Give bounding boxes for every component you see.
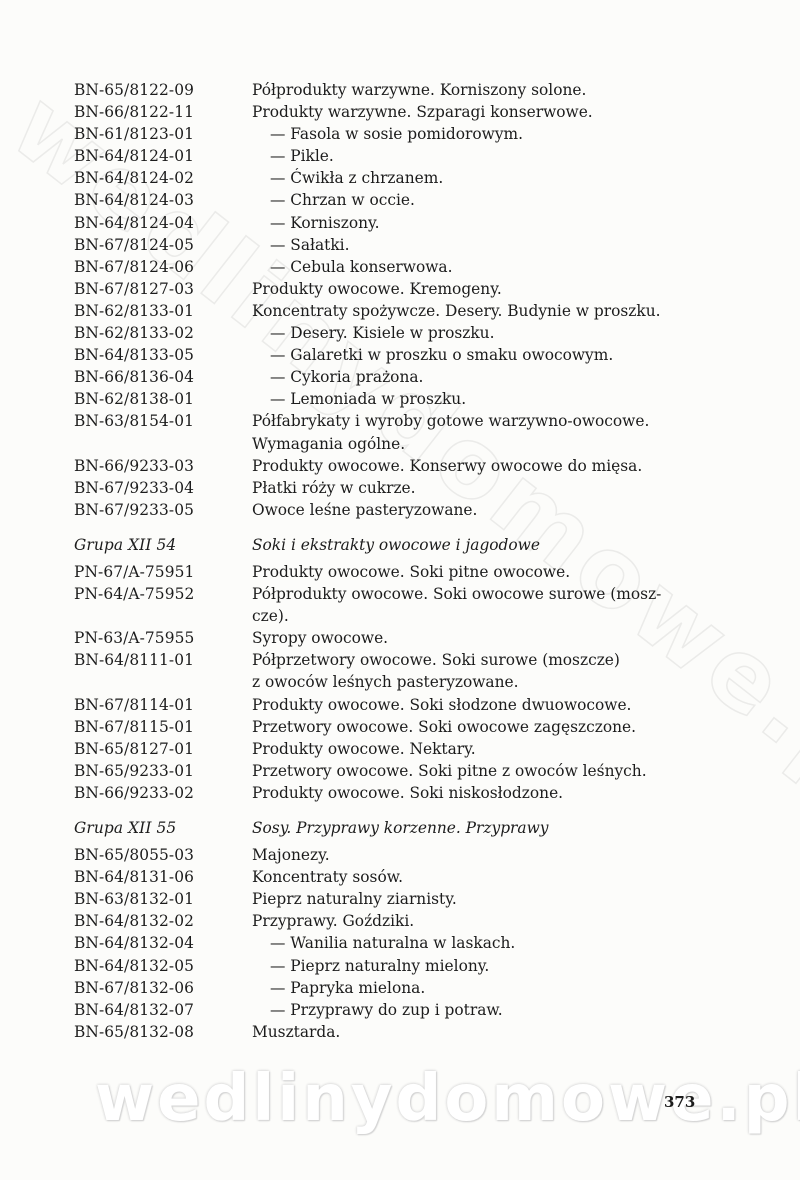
standard-entry: cze). xyxy=(74,605,714,627)
standard-code: BN-66/9233-02 xyxy=(74,782,252,804)
standard-description: — Sałatki. xyxy=(252,234,714,256)
standard-code: BN-66/8136-04 xyxy=(74,366,252,388)
standard-code: BN-64/8133-05 xyxy=(74,344,252,366)
standard-code: BN-67/8114-01 xyxy=(74,694,252,716)
standard-entry: BN-64/8132-04— Wanilia naturalna w laska… xyxy=(74,932,714,954)
standard-entry: BN-64/8111-01Półprzetwory owocowe. Soki … xyxy=(74,649,714,671)
standard-entry: BN-64/8124-02— Ćwikła z chrzanem. xyxy=(74,167,714,189)
standard-entry: BN-63/8154-01Półfabrykaty i wyroby gotow… xyxy=(74,410,714,432)
standard-code: PN-67/A-75951 xyxy=(74,561,252,583)
standard-description: Półprodukty owocowe. Soki owocowe surowe… xyxy=(252,583,714,605)
standard-entry: BN-67/8124-05— Sałatki. xyxy=(74,234,714,256)
standard-entry: BN-64/8133-05— Galaretki w proszku o sma… xyxy=(74,344,714,366)
standard-code: BN-64/8132-02 xyxy=(74,910,252,932)
standard-code: BN-67/8127-03 xyxy=(74,278,252,300)
standard-description: — Fasola w sosie pomidorowym. xyxy=(252,123,714,145)
standard-code: BN-62/8138-01 xyxy=(74,388,252,410)
standard-entry: BN-66/9233-03Produkty owocowe. Konserwy … xyxy=(74,455,714,477)
group-title: Sosy. Przyprawy korzenne. Przyprawy xyxy=(252,817,714,839)
standard-code: BN-64/8132-04 xyxy=(74,932,252,954)
group-title: Soki i ekstrakty owocowe i jagodowe xyxy=(252,534,714,556)
standard-entry: BN-64/8132-02Przyprawy. Goździki. xyxy=(74,910,714,932)
standard-description: Płatki róży w cukrze. xyxy=(252,477,714,499)
standard-entry: BN-65/8127-01Produkty owocowe. Nektary. xyxy=(74,738,714,760)
standard-description: Produkty owocowe. Soki słodzone dwuowoco… xyxy=(252,694,714,716)
standard-code: BN-67/9233-04 xyxy=(74,477,252,499)
standard-description: Półprzetwory owocowe. Soki surowe (moszc… xyxy=(252,649,714,671)
standard-description: cze). xyxy=(252,605,714,627)
standard-description: Musztarda. xyxy=(252,1021,714,1043)
standard-entry: BN-67/8127-03Produkty owocowe. Kremogeny… xyxy=(74,278,714,300)
page-number: 373 xyxy=(664,1093,695,1111)
standard-description: — Desery. Kisiele w proszku. xyxy=(252,322,714,344)
standard-entry: PN-64/A-75952Półprodukty owocowe. Soki o… xyxy=(74,583,714,605)
standard-code: BN-67/8124-05 xyxy=(74,234,252,256)
standard-code: BN-67/8124-06 xyxy=(74,256,252,278)
standard-entry: BN-61/8123-01— Fasola w sosie pomidorowy… xyxy=(74,123,714,145)
standard-description: Majonezy. xyxy=(252,844,714,866)
standard-description: Półprodukty warzywne. Korniszony solone. xyxy=(252,79,714,101)
standard-entry: z owoców leśnych pasteryzowane. xyxy=(74,671,714,693)
standard-description: — Cykoria prażona. xyxy=(252,366,714,388)
book-page: wedlinydomowe.pl BN-65/8122-09Półprodukt… xyxy=(0,0,800,1180)
standard-code: BN-62/8133-01 xyxy=(74,300,252,322)
standard-code: BN-64/8124-04 xyxy=(74,212,252,234)
standard-description: Przyprawy. Goździki. xyxy=(252,910,714,932)
standard-entry: BN-64/8124-01— Pikle. xyxy=(74,145,714,167)
standard-description: Produkty owocowe. Konserwy owocowe do mi… xyxy=(252,455,714,477)
standard-entry: BN-64/8124-04— Korniszony. xyxy=(74,212,714,234)
standard-description: — Cebula konserwowa. xyxy=(252,256,714,278)
standard-entry: BN-62/8133-01Koncentraty spożywcze. Dese… xyxy=(74,300,714,322)
standard-code: BN-65/9233-01 xyxy=(74,760,252,782)
standards-list: BN-65/8122-09Półprodukty warzywne. Korni… xyxy=(74,79,714,1043)
standard-code: BN-64/8131-06 xyxy=(74,866,252,888)
standard-entry: BN-62/8138-01— Lemoniada w proszku. xyxy=(74,388,714,410)
standard-description: — Lemoniada w proszku. xyxy=(252,388,714,410)
standard-description: — Galaretki w proszku o smaku owocowym. xyxy=(252,344,714,366)
standard-description: — Chrzan w occie. xyxy=(252,189,714,211)
standard-entry: PN-63/A-75955Syropy owocowe. xyxy=(74,627,714,649)
standard-code: BN-64/8132-07 xyxy=(74,999,252,1021)
standard-code xyxy=(74,605,252,627)
standard-entry: BN-67/9233-04Płatki róży w cukrze. xyxy=(74,477,714,499)
standard-description: Koncentraty sosów. xyxy=(252,866,714,888)
standard-code: BN-62/8133-02 xyxy=(74,322,252,344)
standard-entry: BN-62/8133-02— Desery. Kisiele w proszku… xyxy=(74,322,714,344)
standard-description: — Pieprz naturalny mielony. xyxy=(252,955,714,977)
standard-description: Syropy owocowe. xyxy=(252,627,714,649)
standard-description: — Korniszony. xyxy=(252,212,714,234)
standard-code: BN-64/8124-02 xyxy=(74,167,252,189)
standard-entry: BN-66/8122-11Produkty warzywne. Szparagi… xyxy=(74,101,714,123)
standard-description: Produkty owocowe. Nektary. xyxy=(252,738,714,760)
standard-description: Owoce leśne pasteryzowane. xyxy=(252,499,714,521)
standard-entry: BN-65/8122-09Półprodukty warzywne. Korni… xyxy=(74,79,714,101)
standard-entry: PN-67/A-75951Produkty owocowe. Soki pitn… xyxy=(74,561,714,583)
standard-code: BN-66/9233-03 xyxy=(74,455,252,477)
standard-code: BN-64/8124-03 xyxy=(74,189,252,211)
standard-description: Produkty warzywne. Szparagi konserwowe. xyxy=(252,101,714,123)
standard-code: BN-65/8055-03 xyxy=(74,844,252,866)
standard-entry: BN-67/8115-01Przetwory owocowe. Soki owo… xyxy=(74,716,714,738)
standard-entry: BN-67/9233-05Owoce leśne pasteryzowane. xyxy=(74,499,714,521)
standard-code: BN-67/9233-05 xyxy=(74,499,252,521)
group-code: Grupa XII 54 xyxy=(74,534,252,556)
standard-entry: BN-64/8132-05— Pieprz naturalny mielony. xyxy=(74,955,714,977)
standard-description: z owoców leśnych pasteryzowane. xyxy=(252,671,714,693)
standard-description: Przetwory owocowe. Soki pitne z owoców l… xyxy=(252,760,714,782)
standard-entry: BN-66/8136-04— Cykoria prażona. xyxy=(74,366,714,388)
standard-code: BN-64/8132-05 xyxy=(74,955,252,977)
standard-description: — Pikle. xyxy=(252,145,714,167)
standard-description: — Wanilia naturalna w laskach. xyxy=(252,932,714,954)
standard-entry: BN-65/8055-03Majonezy. xyxy=(74,844,714,866)
standard-entry: BN-66/9233-02Produkty owocowe. Soki nisk… xyxy=(74,782,714,804)
standard-description: Wymagania ogólne. xyxy=(252,433,714,455)
standard-code: BN-65/8132-08 xyxy=(74,1021,252,1043)
standard-description: Półfabrykaty i wyroby gotowe warzywno-ow… xyxy=(252,410,714,432)
standard-code: BN-67/8115-01 xyxy=(74,716,252,738)
standard-code: PN-64/A-75952 xyxy=(74,583,252,605)
standard-description: — Ćwikła z chrzanem. xyxy=(252,167,714,189)
standard-code: BN-66/8122-11 xyxy=(74,101,252,123)
standard-code: BN-64/8124-01 xyxy=(74,145,252,167)
standard-entry: Wymagania ogólne. xyxy=(74,433,714,455)
standard-description: Koncentraty spożywcze. Desery. Budynie w… xyxy=(252,300,714,322)
standard-entry: BN-65/8132-08Musztarda. xyxy=(74,1021,714,1043)
standard-entry: BN-67/8132-06— Papryka mielona. xyxy=(74,977,714,999)
standard-description: — Przyprawy do zup i potraw. xyxy=(252,999,714,1021)
standard-description: Pieprz naturalny ziarnisty. xyxy=(252,888,714,910)
standard-entry: BN-65/9233-01Przetwory owocowe. Soki pit… xyxy=(74,760,714,782)
standard-code: BN-67/8132-06 xyxy=(74,977,252,999)
standard-description: — Papryka mielona. xyxy=(252,977,714,999)
standard-entry: BN-63/8132-01Pieprz naturalny ziarnisty. xyxy=(74,888,714,910)
standard-code: BN-65/8127-01 xyxy=(74,738,252,760)
standard-description: Produkty owocowe. Soki niskosłodzone. xyxy=(252,782,714,804)
standard-code: BN-65/8122-09 xyxy=(74,79,252,101)
group-heading: Grupa XII 54Soki i ekstrakty owocowe i j… xyxy=(74,534,714,556)
standard-entry: BN-67/8114-01Produkty owocowe. Soki słod… xyxy=(74,694,714,716)
standard-code: PN-63/A-75955 xyxy=(74,627,252,649)
standard-code: BN-61/8123-01 xyxy=(74,123,252,145)
standard-entry: BN-64/8131-06Koncentraty sosów. xyxy=(74,866,714,888)
standard-entry: BN-64/8124-03— Chrzan w occie. xyxy=(74,189,714,211)
standard-code xyxy=(74,671,252,693)
standard-description: Produkty owocowe. Soki pitne owocowe. xyxy=(252,561,714,583)
standard-code xyxy=(74,433,252,455)
standard-description: Przetwory owocowe. Soki owocowe zagęszcz… xyxy=(252,716,714,738)
standard-code: BN-63/8154-01 xyxy=(74,410,252,432)
standard-code: BN-63/8132-01 xyxy=(74,888,252,910)
group-heading: Grupa XII 55Sosy. Przyprawy korzenne. Pr… xyxy=(74,817,714,839)
standard-entry: BN-64/8132-07— Przyprawy do zup i potraw… xyxy=(74,999,714,1021)
standard-code: BN-64/8111-01 xyxy=(74,649,252,671)
standard-description: Produkty owocowe. Kremogeny. xyxy=(252,278,714,300)
standard-entry: BN-67/8124-06— Cebula konserwowa. xyxy=(74,256,714,278)
group-code: Grupa XII 55 xyxy=(74,817,252,839)
